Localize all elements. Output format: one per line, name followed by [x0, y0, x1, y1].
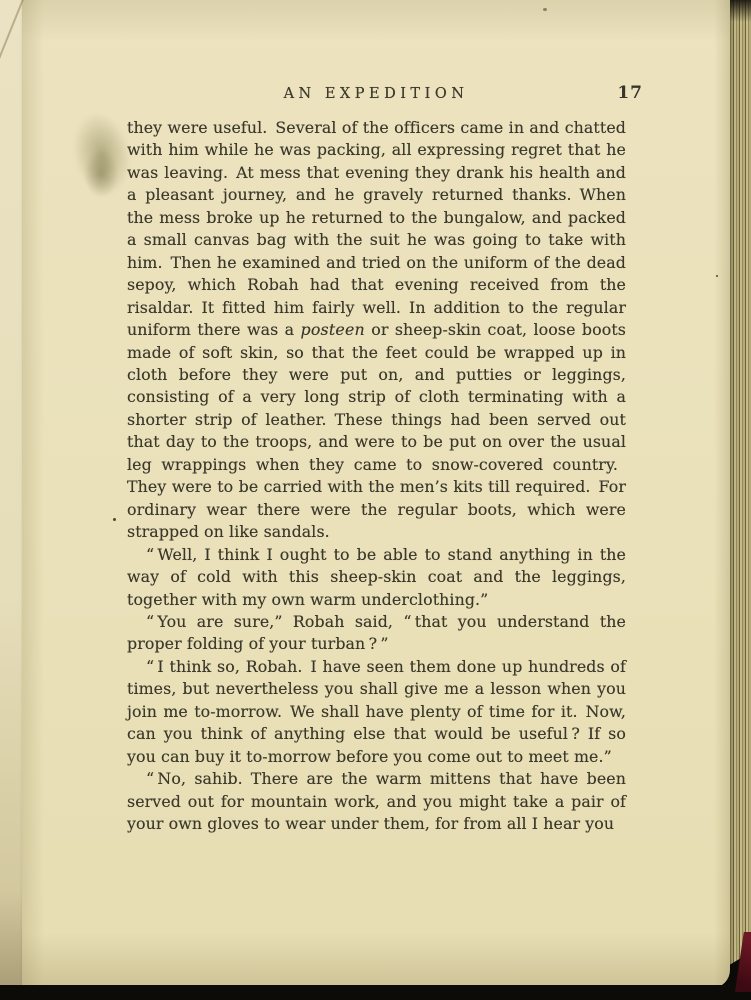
page-header: AN EXPEDITION 17 — [127, 86, 643, 106]
paragraph: they were useful. Several of the officer… — [127, 117, 626, 544]
paper-speck — [113, 518, 116, 521]
paper-speck — [716, 275, 718, 277]
book-scan: AN EXPEDITION 17 they were useful. Sever… — [0, 0, 751, 1000]
paper-speck — [543, 8, 547, 11]
text-segment: or sheep-skin coat, loose boots made of … — [127, 320, 626, 541]
paragraph: “ No, sahib. There are the warm mittens … — [127, 768, 626, 835]
scan-bottom-shadow — [0, 985, 751, 1000]
running-title: AN EXPEDITION — [127, 86, 625, 102]
book-page: AN EXPEDITION 17 they were useful. Sever… — [22, 0, 730, 988]
paragraph: “ You are sure,” Robah said, “ that you … — [127, 611, 626, 656]
paragraph: “ I think so, Robah. I have seen them do… — [127, 656, 626, 768]
body-text: they were useful. Several of the officer… — [127, 117, 626, 836]
paragraph: “ Well, I think I ought to be able to st… — [127, 544, 626, 611]
ink-smudge — [84, 150, 118, 198]
text-segment: they were useful. Several of the officer… — [127, 118, 626, 339]
page-number: 17 — [617, 83, 643, 103]
italic-term: posteen — [301, 320, 365, 339]
